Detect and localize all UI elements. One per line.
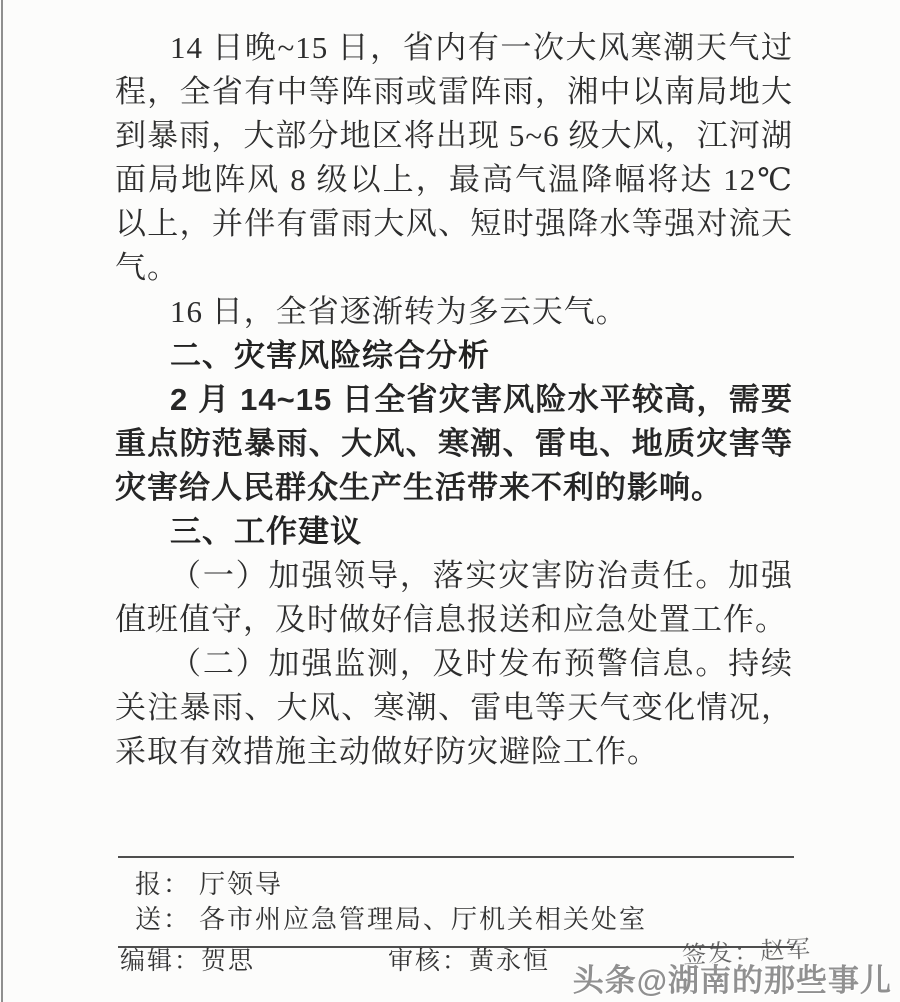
report-value: 厅领导 [199, 870, 283, 899]
distribution-report-row: 报：厅领导 [118, 867, 794, 902]
heading-disaster-risk-analysis: 二、灾害风险综合分析 [115, 334, 793, 378]
signoff-reviewer: 审核：黄永恒 [388, 941, 550, 977]
signoff-editor: 编辑：贺思 [120, 941, 255, 977]
distribution-send-row: 送：各市州应急管理局、厅机关相关处室 [118, 902, 794, 937]
document-body: 14 日晚~15 日，省内有一次大风寒潮天气过程，全省有中等阵雨或雷阵雨，湘中以… [115, 26, 793, 774]
report-label: 报： [135, 870, 191, 899]
editor-label: 编辑： [120, 948, 201, 975]
paragraph-day16-forecast: 16 日，全省逐渐转为多云天气。 [115, 290, 793, 334]
page-left-border [1, 0, 3, 1002]
reviewer-value: 黄永恒 [469, 948, 550, 975]
editor-value: 贺思 [201, 948, 255, 975]
send-label: 送： [135, 905, 191, 934]
send-value: 各市州应急管理局、厅机关相关处室 [199, 905, 647, 934]
document-page: 14 日晚~15 日，省内有一次大风寒潮天气过程，全省有中等阵雨或雷阵雨，湘中以… [0, 0, 900, 1002]
paragraph-weather-process: 14 日晚~15 日，省内有一次大风寒潮天气过程，全省有中等阵雨或雷阵雨，湘中以… [115, 26, 793, 290]
toutiao-watermark: 头条@湖南的那些事儿 [573, 955, 892, 1000]
reviewer-label: 审核： [388, 948, 469, 975]
paragraph-risk-level: 2 月 14~15 日全省灾害风险水平较高，需要重点防范暴雨、大风、寒潮、雷电、… [115, 378, 793, 510]
paragraph-suggestion-2: （二）加强监测，及时发布预警信息。持续关注暴雨、大风、寒潮、雷电等天气变化情况，… [115, 642, 793, 774]
heading-work-suggestions: 三、工作建议 [115, 510, 793, 554]
paragraph-suggestion-1: （一）加强领导，落实灾害防治责任。加强值班值守，及时做好信息报送和应急处置工作。 [115, 554, 793, 642]
